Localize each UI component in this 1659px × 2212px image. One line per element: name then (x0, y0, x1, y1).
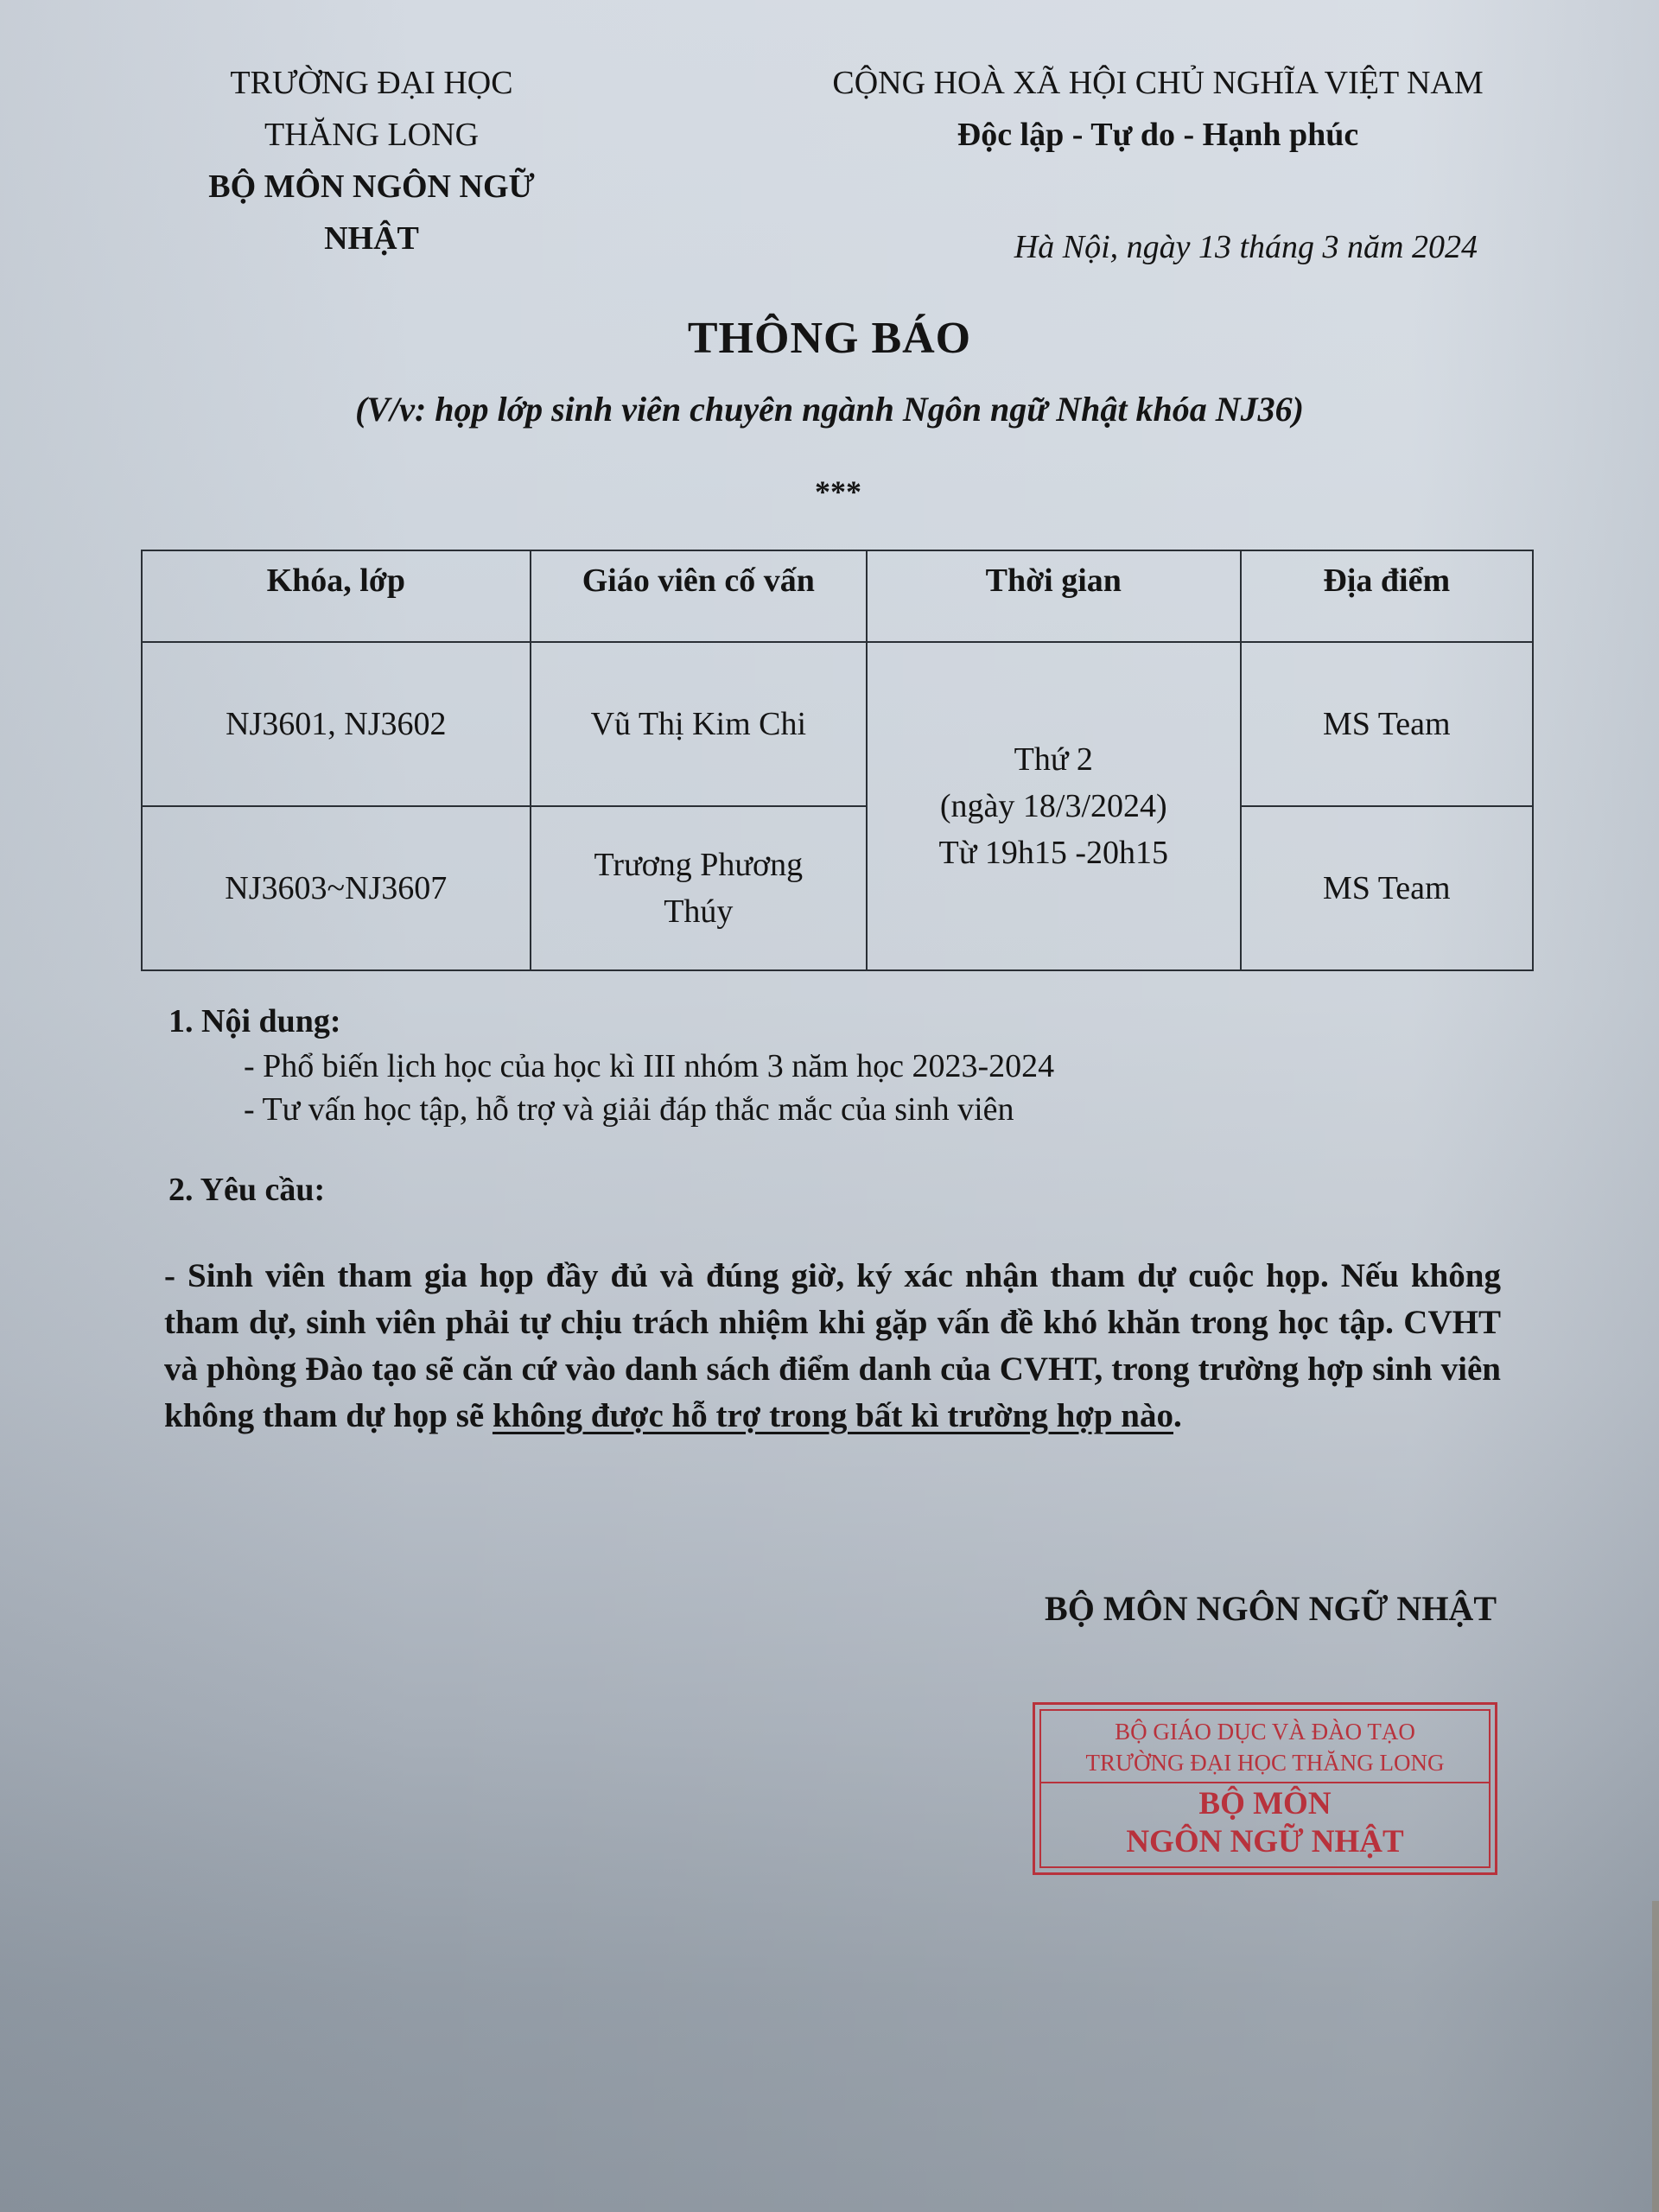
cell-location: MS Team (1241, 806, 1534, 970)
cell-time: Thứ 2 (ngày 18/3/2024) Từ 19h15 -20h15 (867, 642, 1240, 970)
document-date: Hà Nội, ngày 13 tháng 3 năm 2024 (1014, 228, 1478, 266)
stamp-header: BỘ GIÁO DỤC VÀ ĐÀO TẠO TRƯỜNG ĐẠI HỌC TH… (1041, 1711, 1489, 1783)
time-hours: Từ 19h15 -20h15 (876, 829, 1230, 876)
column-header-location: Địa điểm (1241, 550, 1534, 642)
stamp-dept-line2: NGÔN NGỮ NHẬT (1041, 1823, 1489, 1861)
paper-edge (1652, 1901, 1659, 2212)
meeting-schedule-table: Khóa, lớp Giáo viên cố vấn Thời gian Địa… (141, 550, 1534, 971)
advisor-name-line1: Trương Phương (540, 842, 857, 888)
time-date: (ngày 18/3/2024) (876, 783, 1230, 829)
cell-classes: NJ3601, NJ3602 (142, 642, 531, 806)
document-subject: (V/v: họp lớp sinh viên chuyên ngành Ngô… (0, 389, 1659, 429)
cell-advisor: Trương Phương Thúy (531, 806, 867, 970)
stamp-ministry: BỘ GIÁO DỤC VÀ ĐÀO TẠO (1041, 1716, 1489, 1747)
column-header-advisor: Giáo viên cố vấn (531, 550, 867, 642)
table-row: NJ3601, NJ3602 Vũ Thị Kim Chi Thứ 2 (ngà… (142, 642, 1533, 806)
stamp-dept-line1: BỘ MÔN (1041, 1785, 1489, 1823)
requirements-emphasis: không được hỗ trợ trong bất kì trường hợ… (493, 1397, 1173, 1434)
table-row: NJ3603~NJ3607 Trương Phương Thúy MS Team (142, 806, 1533, 970)
institution-header: TRƯỜNG ĐẠI HỌC THĂNG LONG BỘ MÔN NGÔN NG… (173, 57, 570, 264)
national-header: CỘNG HOÀ XÃ HỘI CHỦ NGHĨA VIỆT NAM Độc l… (804, 57, 1512, 161)
official-stamp: BỘ GIÁO DỤC VÀ ĐÀO TẠO TRƯỜNG ĐẠI HỌC TH… (1033, 1702, 1497, 1875)
content-item: - Phổ biến lịch học của học kì III nhóm … (244, 1047, 1054, 1085)
cell-classes: NJ3603~NJ3607 (142, 806, 531, 970)
country-name: CỘNG HOÀ XÃ HỘI CHỦ NGHĨA VIỆT NAM (804, 57, 1512, 109)
content-heading: 1. Nội dung: (168, 1002, 341, 1040)
table-header-row: Khóa, lớp Giáo viên cố vấn Thời gian Địa… (142, 550, 1533, 642)
separator: *** (0, 474, 1659, 510)
column-header-time: Thời gian (867, 550, 1240, 642)
content-item: - Tư vấn học tập, hỗ trợ và giải đáp thắ… (244, 1090, 1014, 1128)
requirements-paragraph: - Sinh viên tham gia họp đầy đủ và đúng … (164, 1253, 1501, 1440)
university-name: TRƯỜNG ĐẠI HỌC THĂNG LONG (173, 57, 570, 161)
document-title: THÔNG BÁO (0, 313, 1659, 364)
cell-advisor: Vũ Thị Kim Chi (531, 642, 867, 806)
requirements-end: . (1173, 1397, 1182, 1434)
stamp-frame: BỘ GIÁO DỤC VÀ ĐÀO TẠO TRƯỜNG ĐẠI HỌC TH… (1039, 1709, 1491, 1868)
national-motto: Độc lập - Tự do - Hạnh phúc (804, 109, 1512, 161)
advisor-name-line2: Thúy (540, 888, 857, 935)
stamp-body: BỘ MÔN NGÔN NGỮ NHẬT (1041, 1783, 1489, 1866)
signing-department: BỘ MÔN NGÔN NGỮ NHẬT (1045, 1588, 1497, 1629)
time-day: Thứ 2 (876, 736, 1230, 783)
cell-location: MS Team (1241, 642, 1534, 806)
column-header-class: Khóa, lớp (142, 550, 531, 642)
requirements-heading: 2. Yêu cầu: (168, 1171, 325, 1209)
stamp-university: TRƯỜNG ĐẠI HỌC THĂNG LONG (1041, 1747, 1489, 1778)
department-name: BỘ MÔN NGÔN NGỮ NHẬT (173, 161, 570, 264)
